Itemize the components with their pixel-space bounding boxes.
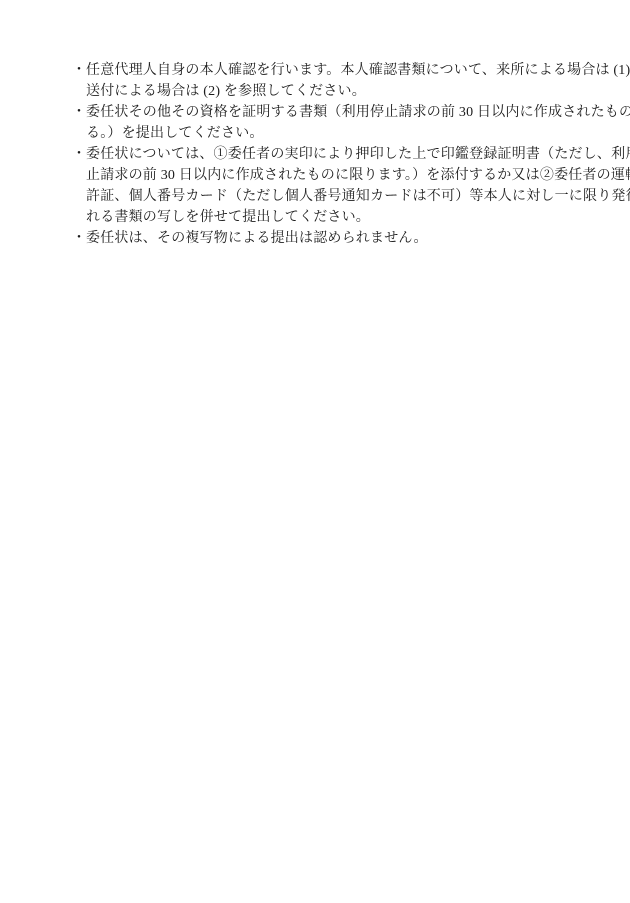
document-line: ・任意代理人自身の本人確認を行います。本人確認書類について、来所による場合は (… xyxy=(72,60,572,81)
document-line: る。）を提出してください。 xyxy=(72,123,572,144)
bullet-item: ・委任状その他その資格を証明する書類（利用停止請求の前 30 日以内に作成された… xyxy=(72,102,572,144)
document-line: ・委任状は、その複写物による提出は認められません。 xyxy=(72,228,572,249)
document-line-text: 委任状は、その複写物による提出は認められません。 xyxy=(86,231,428,246)
document-line: 止請求の前 30 日以内に作成されたものに限ります。）を添付するか又は②委任者の… xyxy=(72,165,572,186)
bullet-marker: ・ xyxy=(72,144,86,165)
document-line-text: 許証、個人番号カード（ただし個人番号通知カードは不可）等本人に対し一に限り発行さ xyxy=(86,189,630,204)
document-line: 送付による場合は (2) を参照してください。 xyxy=(72,81,572,102)
document-line-text: 送付による場合は (2) を参照してください。 xyxy=(86,84,366,99)
document-content: ・任意代理人自身の本人確認を行います。本人確認書類について、来所による場合は (… xyxy=(72,60,572,249)
document-line: ・委任状については、①委任者の実印により押印した上で印鑑登録証明書（ただし、利用… xyxy=(72,144,572,165)
document-line-text: 委任状その他その資格を証明する書類（利用停止請求の前 30 日以内に作成されたも… xyxy=(86,105,630,120)
bullet-marker: ・ xyxy=(72,102,86,123)
document-page: ・任意代理人自身の本人確認を行います。本人確認書類について、来所による場合は (… xyxy=(0,0,630,903)
bullet-item: ・委任状は、その複写物による提出は認められません。 xyxy=(72,228,572,249)
bullet-item: ・委任状については、①委任者の実印により押印した上で印鑑登録証明書（ただし、利用… xyxy=(72,144,572,228)
document-line-text: 任意代理人自身の本人確認を行います。本人確認書類について、来所による場合は (1… xyxy=(86,63,630,78)
bullet-marker: ・ xyxy=(72,228,86,249)
document-line-text: れる書類の写しを併せて提出してください。 xyxy=(86,210,370,225)
document-line-text: る。）を提出してください。 xyxy=(86,126,264,141)
document-line: ・委任状その他その資格を証明する書類（利用停止請求の前 30 日以内に作成された… xyxy=(72,102,572,123)
document-line: れる書類の写しを併せて提出してください。 xyxy=(72,207,572,228)
document-line-text: 委任状については、①委任者の実印により押印した上で印鑑登録証明書（ただし、利用停 xyxy=(86,147,630,162)
document-line: 許証、個人番号カード（ただし個人番号通知カードは不可）等本人に対し一に限り発行さ xyxy=(72,186,572,207)
bullet-item: ・任意代理人自身の本人確認を行います。本人確認書類について、来所による場合は (… xyxy=(72,60,572,102)
document-line-text: 止請求の前 30 日以内に作成されたものに限ります。）を添付するか又は②委任者の… xyxy=(86,168,630,183)
bullet-marker: ・ xyxy=(72,60,86,81)
